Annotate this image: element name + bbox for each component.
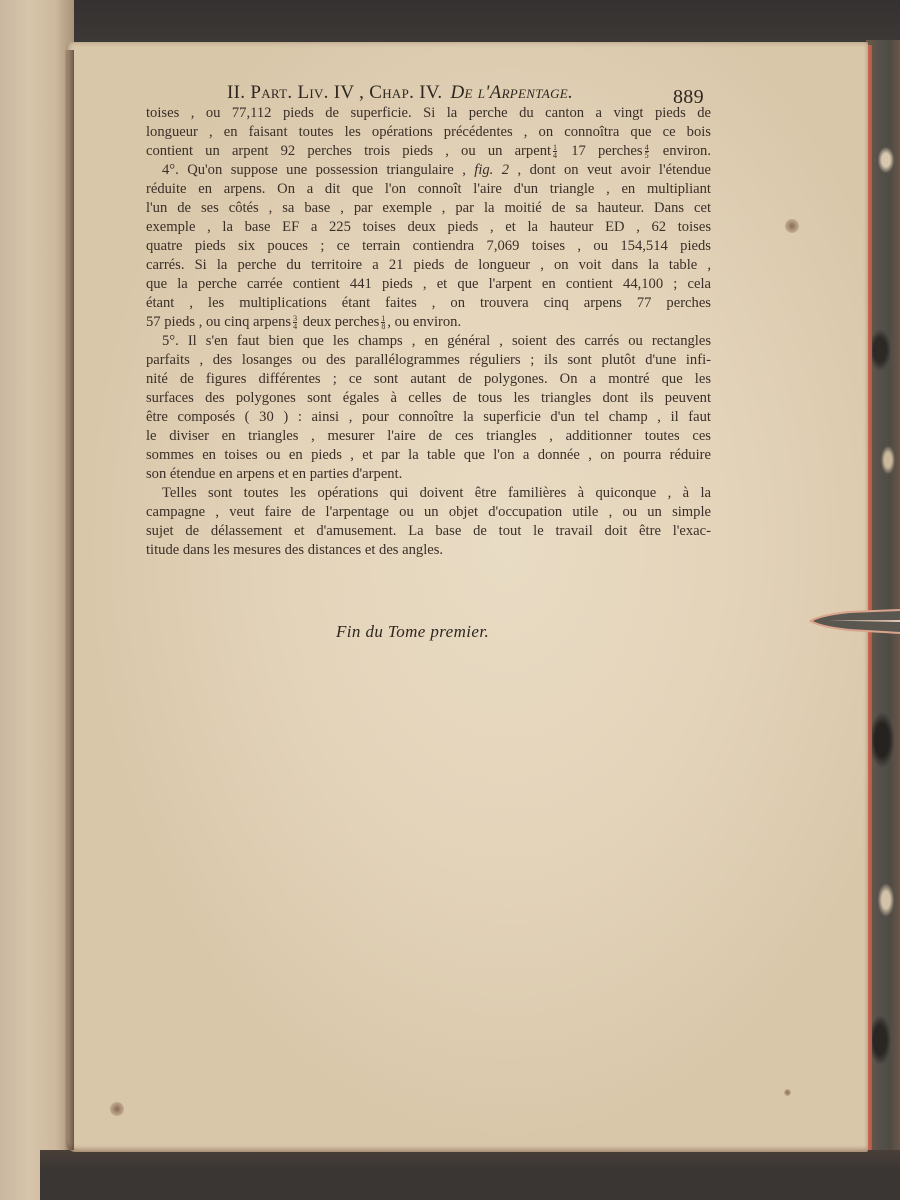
text-line: surfaces des polygones sont égales à cel… [146, 389, 711, 408]
text-line: étant , les multiplications étant faites… [146, 294, 711, 313]
text-line: toises , ou 77,112 pieds de superficie. … [146, 104, 711, 123]
body-text: toises , ou 77,112 pieds de superficie. … [146, 104, 711, 560]
backdrop-bottom [40, 1150, 900, 1200]
fraction: 18 [381, 315, 385, 330]
text-line: carrés. Si la perche du territoire a 21 … [146, 256, 711, 275]
text-line: Telles sont toutes les opérations qui do… [146, 484, 711, 503]
text-line: réduite en arpens. On a dit que l'on con… [146, 180, 711, 199]
fraction-denominator: 4 [553, 152, 557, 159]
foxing-spot [785, 219, 799, 233]
text-segment: environ. [663, 143, 711, 159]
text-line: titude dans les mesures des distances et… [146, 541, 711, 560]
fraction-numerator: 1 [553, 144, 557, 151]
header-chapter-title: De l'Arpentage. [450, 82, 573, 103]
text-line: l'un de ses côtés , sa base , par exempl… [146, 199, 711, 218]
fraction-denominator: 4 [293, 323, 297, 330]
fraction-denominator: 5 [645, 152, 649, 159]
fraction-denominator: 8 [381, 323, 385, 330]
text-line: 57 pieds , ou cinq arpens34 deux perches… [146, 313, 711, 332]
text-line: parfaits , des losanges ou des parallélo… [146, 351, 711, 370]
text-line: le diviser en triangles , mesurer l'aire… [146, 427, 711, 446]
text-line: sommes en toises ou en pieds , et par la… [146, 446, 711, 465]
fraction-numerator: 4 [645, 144, 649, 151]
text-segment: 57 pieds , ou cinq arpens [146, 314, 291, 330]
fraction: 45 [645, 144, 649, 159]
text-line: quatre pieds six pouces ; ce terrain con… [146, 237, 711, 256]
text-line: que la perche carrée contient 441 pieds … [146, 275, 711, 294]
header-part-text: II. Part. Liv. IV , Chap. IV. [227, 82, 442, 103]
text-line: longueur , en faisant toutes les opérati… [146, 123, 711, 142]
text-segment: 4°. Qu'on suppose une possession triangu… [162, 162, 466, 178]
text-segment: contient un arpent 92 perches trois pied… [146, 143, 551, 159]
text-line: exemple , la base EF a 225 toises deux p… [146, 218, 711, 237]
text-line: campagne , veut faire de l'arpentage ou … [146, 503, 711, 522]
end-of-volume-note: Fin du Tome premier. [336, 622, 489, 642]
foxing-spot [110, 1102, 124, 1116]
fraction-numerator: 1 [381, 315, 385, 322]
figure-reference: fig. 2 [474, 162, 509, 178]
text-line: nité de figures différentes ; ce sont au… [146, 370, 711, 389]
text-segment: , ou environ. [387, 314, 461, 330]
text-line: contient un arpent 92 perches trois pied… [146, 142, 711, 161]
text-segment: , dont on veut avoir l'étendue [518, 162, 712, 178]
gutter-shadow [64, 50, 74, 1150]
header-part: II. Part. Liv. IV , Chap. IV.De l'Arpent… [227, 82, 573, 104]
fraction-numerator: 3 [293, 315, 297, 322]
foxing-spot [784, 1089, 791, 1096]
text-line: 5°. Il s'en faut bien que les champs , e… [146, 332, 711, 351]
facing-page-left [0, 0, 74, 1200]
text-segment: 17 perches [571, 143, 642, 159]
fraction: 14 [553, 144, 557, 159]
fraction: 34 [293, 315, 297, 330]
text-line: être composés ( 30 ) : ainsi , pour conn… [146, 408, 711, 427]
text-line: son étendue en arpens et en parties d'ar… [146, 465, 711, 484]
bookmark-ribbon-icon [808, 601, 900, 641]
text-line: 4°. Qu'on suppose une possession triangu… [146, 161, 711, 180]
text-segment: deux perches [303, 314, 380, 330]
text-line: sujet de délassement et d'amusement. La … [146, 522, 711, 541]
